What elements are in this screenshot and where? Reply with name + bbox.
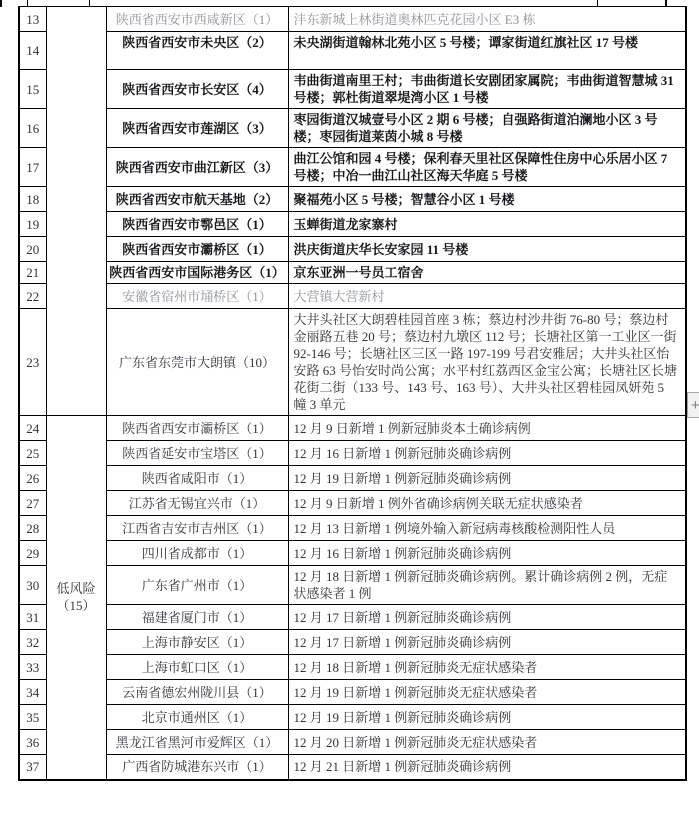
area-detail-cell: 枣园街道汉城壹号小区 2 期 6 号楼；自强路街道泊澜地小区 3 号楼；枣园街道… xyxy=(288,109,686,148)
row-number-cell: 29 xyxy=(19,541,46,566)
area-name-cell: 陕西省西安市国际港务区（1） xyxy=(106,262,288,284)
table-row: 32上海市静安区（1）12 月 17 日新增 1 例新冠肺炎确诊病例 xyxy=(19,630,686,655)
area-name-cell: 陕西省西安市灞桥区（1） xyxy=(106,416,288,441)
row-number-cell: 17 xyxy=(19,148,46,187)
table-row: 29四川省成都市（1）12 月 16 日新增 1 例新冠肺炎确诊病例 xyxy=(19,541,686,566)
area-detail-cell: 12 月 13 日新增 1 例境外输入新冠病毒核酸检测阳性人员 xyxy=(288,516,686,541)
area-name-cell: 广东省东莞市大朗镇（10） xyxy=(106,309,288,416)
area-detail-cell: 12 月 20 日新增 1 例新冠肺炎无症状感染者 xyxy=(288,730,686,755)
area-name-cell: 陕西省西安市曲江新区（3） xyxy=(106,148,288,187)
area-name-cell: 陕西省西安市莲湖区（3） xyxy=(106,109,288,148)
table-row: 33上海市虹口区（1）12 月 18 日新增 1 例新冠肺炎无症状感染者 xyxy=(19,655,686,680)
table-row: 28江西省吉安市吉州区（1）12 月 13 日新增 1 例境外输入新冠病毒核酸检… xyxy=(19,516,686,541)
area-detail-cell: 聚福苑小区 5 号楼；智慧谷小区 1 号楼 xyxy=(288,187,686,212)
area-name-cell: 陕西省西安市未央区（2） xyxy=(106,32,288,70)
table-row: 25陕西省延安市宝塔区（1）12 月 16 日新增 1 例新冠肺炎确诊病例 xyxy=(19,441,686,466)
area-detail-cell: 12 月 19 日新增 1 例新冠肺炎确诊病例 xyxy=(288,466,686,491)
document-page: 13陕西省西安市西咸新区（1）沣东新城上林街道奥林匹克花园小区 E3 栋14陕西… xyxy=(0,0,699,822)
table-row: 19陕西省西安市鄠邑区（1）玉蝉街道龙家寨村 xyxy=(19,212,686,237)
table-row: 23广东省东莞市大朗镇（10）大井头社区大朗碧桂园首座 3 栋；蔡边村沙井街 7… xyxy=(19,309,686,416)
area-name-cell: 陕西省延安市宝塔区（1） xyxy=(106,441,288,466)
risk-area-table: 13陕西省西安市西咸新区（1）沣东新城上林街道奥林匹克花园小区 E3 栋14陕西… xyxy=(18,6,687,781)
area-detail-cell: 12 月 18 日新增 1 例新冠肺炎无症状感染者 xyxy=(288,655,686,680)
table-row: 27江苏省无锡宜兴市（1）12 月 9 日新增 1 例外省确诊病例关联无症状感染… xyxy=(19,491,686,516)
row-number-cell: 24 xyxy=(19,416,46,441)
area-name-cell: 四川省成都市（1） xyxy=(106,541,288,566)
table-row: 14陕西省西安市未央区（2）未央湖街道翰林北苑小区 5 号楼；谭家街道红旗社区 … xyxy=(19,32,686,70)
row-number-cell: 33 xyxy=(19,655,46,680)
area-name-cell: 上海市静安区（1） xyxy=(106,630,288,655)
row-number-cell: 23 xyxy=(19,309,46,416)
border-stub xyxy=(0,0,2,7)
area-detail-cell: 未央湖街道翰林北苑小区 5 号楼；谭家街道红旗社区 17 号楼 xyxy=(288,32,686,70)
risk-category-cell-low: 低风险（15） xyxy=(46,416,106,780)
area-name-cell: 广东省广州市（1） xyxy=(106,566,288,605)
table-row: 36黑龙江省黑河市爱辉区（1）12 月 20 日新增 1 例新冠肺炎无症状感染者 xyxy=(19,730,686,755)
table-row: 24低风险（15）陕西省西安市灞桥区（1）12 月 9 日新增 1 例新冠肺炎本… xyxy=(19,416,686,441)
table-row: 35北京市通州区（1）12 月 19 日新增 1 例新冠肺炎确诊病例 xyxy=(19,705,686,730)
risk-category-cell-upper xyxy=(46,7,106,416)
area-name-cell: 陕西省西安市航天基地（2） xyxy=(106,187,288,212)
area-detail-cell: 大井头社区大朗碧桂园首座 3 栋；蔡边村沙井街 76-80 号；蔡边村金丽路五巷… xyxy=(288,309,686,416)
table-row: 20陕西省西安市灞桥区（1）洪庆街道庆华长安家园 11 号楼 xyxy=(19,237,686,262)
area-name-cell: 江苏省无锡宜兴市（1） xyxy=(106,491,288,516)
row-number-cell: 28 xyxy=(19,516,46,541)
table-row: 13陕西省西安市西咸新区（1）沣东新城上林街道奥林匹克花园小区 E3 栋 xyxy=(19,7,686,32)
row-number-cell: 37 xyxy=(19,755,46,780)
row-number-cell: 35 xyxy=(19,705,46,730)
table-row: 15陕西省西安市长安区（4）韦曲街道南里王村；韦曲街道长安剧团家属院；韦曲街道智… xyxy=(19,70,686,109)
area-name-cell: 陕西省西安市灞桥区（1） xyxy=(106,237,288,262)
row-number-cell: 16 xyxy=(19,109,46,148)
row-number-cell: 30 xyxy=(19,566,46,605)
expand-button[interactable]: + xyxy=(687,392,699,418)
table-row: 37广西省防城港东兴市（1）12 月 21 日新增 1 例新冠肺炎确诊病例 xyxy=(19,755,686,780)
area-detail-cell: 12 月 19 日新增 1 例新冠肺炎确诊病例 xyxy=(288,705,686,730)
table-row: 34云南省德宏州陇川县（1）12 月 19 日新增 1 例新冠肺炎无症状感染者 xyxy=(19,680,686,705)
risk-category-label: 低风险 xyxy=(49,580,104,597)
area-name-cell: 上海市虹口区（1） xyxy=(106,655,288,680)
area-detail-cell: 玉蝉街道龙家寨村 xyxy=(288,212,686,237)
row-number-cell: 20 xyxy=(19,237,46,262)
table-row: 18陕西省西安市航天基地（2）聚福苑小区 5 号楼；智慧谷小区 1 号楼 xyxy=(19,187,686,212)
area-detail-cell: 沣东新城上林街道奥林匹克花园小区 E3 栋 xyxy=(288,7,686,32)
area-name-cell: 北京市通州区（1） xyxy=(106,705,288,730)
row-number-cell: 27 xyxy=(19,491,46,516)
area-detail-cell: 12 月 17 日新增 1 例新冠肺炎确诊病例 xyxy=(288,630,686,655)
area-detail-cell: 12 月 9 日新增 1 例外省确诊病例关联无症状感染者 xyxy=(288,491,686,516)
area-name-cell: 黑龙江省黑河市爱辉区（1） xyxy=(106,730,288,755)
area-detail-cell: 12 月 18 日新增 1 例新冠肺炎确诊病例。累计确诊病例 2 例，无症状感染… xyxy=(288,566,686,605)
area-name-cell: 陕西省西安市鄠邑区（1） xyxy=(106,212,288,237)
row-number-cell: 22 xyxy=(19,284,46,309)
area-name-cell: 云南省德宏州陇川县（1） xyxy=(106,680,288,705)
row-number-cell: 26 xyxy=(19,466,46,491)
area-detail-cell: 大营镇大营新村 xyxy=(288,284,686,309)
area-name-cell: 江西省吉安市吉州区（1） xyxy=(106,516,288,541)
row-number-cell: 34 xyxy=(19,680,46,705)
row-number-cell: 36 xyxy=(19,730,46,755)
plus-icon: + xyxy=(691,397,699,414)
row-number-cell: 19 xyxy=(19,212,46,237)
table-row: 31福建省厦门市（1）12 月 17 日新增 1 例新冠肺炎确诊病例 xyxy=(19,605,686,630)
row-number-cell: 32 xyxy=(19,630,46,655)
risk-category-count: （15） xyxy=(49,597,104,614)
area-name-cell: 广西省防城港东兴市（1） xyxy=(106,755,288,780)
row-number-cell: 13 xyxy=(19,7,46,32)
area-detail-cell: 12 月 16 日新增 1 例新冠肺炎确诊病例 xyxy=(288,541,686,566)
row-number-cell: 15 xyxy=(19,70,46,109)
table-row: 26陕西省咸阳市（1）12 月 19 日新增 1 例新冠肺炎确诊病例 xyxy=(19,466,686,491)
area-detail-cell: 洪庆街道庆华长安家园 11 号楼 xyxy=(288,237,686,262)
table-row: 17陕西省西安市曲江新区（3）曲江公馆和园 4 号楼；保利春天里社区保障性住房中… xyxy=(19,148,686,187)
row-number-cell: 18 xyxy=(19,187,46,212)
area-detail-cell: 曲江公馆和园 4 号楼；保利春天里社区保障性住房中心乐居小区 7 号楼；中冶一曲… xyxy=(288,148,686,187)
row-number-cell: 31 xyxy=(19,605,46,630)
area-detail-cell: 12 月 19 日新增 1 例新冠肺炎无症状感染者 xyxy=(288,680,686,705)
area-name-cell: 安徽省宿州市埇桥区（1） xyxy=(106,284,288,309)
table-row: 21陕西省西安市国际港务区（1）京东亚洲一号员工宿舍 xyxy=(19,262,686,284)
area-detail-cell: 12 月 17 日新增 1 例新冠肺炎确诊病例 xyxy=(288,605,686,630)
row-number-cell: 14 xyxy=(19,32,46,70)
table-row: 30广东省广州市（1）12 月 18 日新增 1 例新冠肺炎确诊病例。累计确诊病… xyxy=(19,566,686,605)
row-number-cell: 21 xyxy=(19,262,46,284)
area-name-cell: 福建省厦门市（1） xyxy=(106,605,288,630)
area-detail-cell: 12 月 21 日新增 1 例新冠肺炎确诊病例 xyxy=(288,755,686,780)
table-row: 22安徽省宿州市埇桥区（1）大营镇大营新村 xyxy=(19,284,686,309)
area-name-cell: 陕西省西安市西咸新区（1） xyxy=(106,7,288,32)
row-number-cell: 25 xyxy=(19,441,46,466)
area-detail-cell: 12 月 9 日新增 1 例新冠肺炎本土确诊病例 xyxy=(288,416,686,441)
area-name-cell: 陕西省西安市长安区（4） xyxy=(106,70,288,109)
area-detail-cell: 12 月 16 日新增 1 例新冠肺炎确诊病例 xyxy=(288,441,686,466)
area-detail-cell: 韦曲街道南里王村；韦曲街道长安剧团家属院；韦曲街道智慧城 31 号楼；郭杜街道翠… xyxy=(288,70,686,109)
area-detail-cell: 京东亚洲一号员工宿舍 xyxy=(288,262,686,284)
table-row: 16陕西省西安市莲湖区（3）枣园街道汉城壹号小区 2 期 6 号楼；自强路街道泊… xyxy=(19,109,686,148)
area-name-cell: 陕西省咸阳市（1） xyxy=(106,466,288,491)
